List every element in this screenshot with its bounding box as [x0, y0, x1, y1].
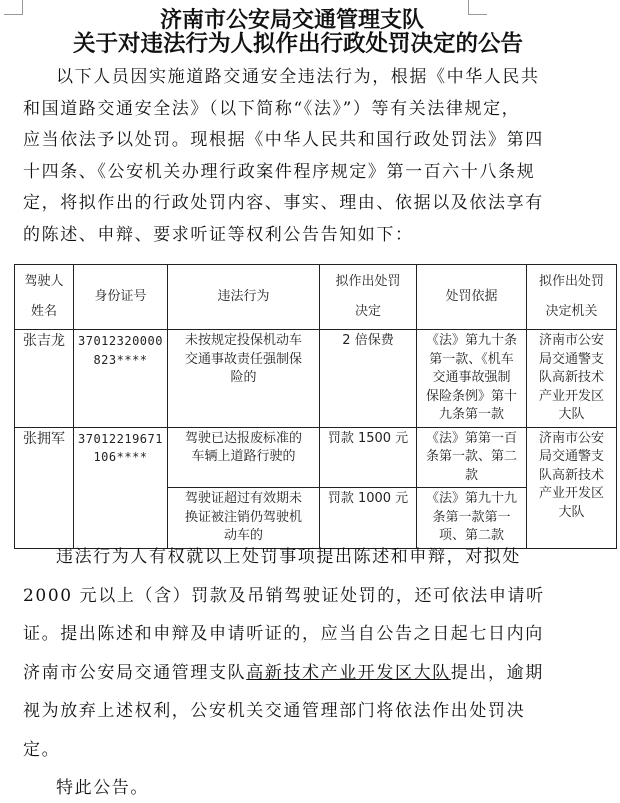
- closing-paragraph: 违法行为人有权就以上处罚事项提出陈述和申辩，对拟处 2000 元以上（含）罚款及…: [23, 538, 473, 803]
- intro-line: 定，将拟作出的行政处罚内容、事实、理由、依据以及依法享有: [23, 188, 473, 220]
- header-violation: 违法行为: [168, 265, 320, 330]
- intro-line: 以下人员因实施道路交通安全违法行为，根据《中华人民共: [23, 62, 473, 94]
- intro-line: 应当依法予以处罚。现根据《中华人民共和国行政处罚法》第四: [23, 125, 473, 157]
- closing-line: 定。: [23, 731, 473, 770]
- intro-line: 和国道路交通安全法》（以下简称“《法》”）等有关法律规定，: [23, 94, 473, 126]
- intro-line: 的陈述、申辩、要求听证等权利公告告知如下：: [23, 220, 473, 252]
- underlined-unit-name: 高新技术产业开发区大队: [246, 663, 451, 683]
- closing-line: 证。提出陈述和申辩及申请听证的，应当自公告之日起七日内向: [23, 615, 473, 654]
- header-authority: 拟作出处罚决定机关: [527, 265, 617, 330]
- header-id: 身份证号: [74, 265, 168, 330]
- title-line-1: 济南市公安局交通管理支队: [0, 8, 602, 32]
- closing-line: 2000 元以上（含）罚款及吊销驾驶证处罚的，还可依法申请听: [23, 577, 473, 616]
- cell-name: 张拥军: [15, 427, 74, 549]
- intro-paragraph: 以下人员因实施道路交通安全违法行为，根据《中华人民共 和国道路交通安全法》（以下…: [23, 62, 473, 251]
- closing-line: 视为放弃上述权利，公安机关交通管理部门将依法作出处罚决: [23, 692, 473, 731]
- closing-line: 济南市公安局交通管理支队高新技术产业开发区大队提出，逾期: [23, 654, 473, 693]
- closing-line: 违法行为人有权就以上处罚事项提出陈述和申辩，对拟处: [23, 538, 473, 577]
- penalty-table: 驾驶人姓名 身份证号 违法行为 拟作出处罚决定 处罚依据 拟作出处罚决定机关 张…: [14, 264, 617, 549]
- cell-id: 37012219671106****: [74, 427, 168, 549]
- table-row: 张拥军 37012219671106**** 驾驶已达报废标准的车辆上道路行驶的…: [15, 427, 617, 488]
- table-row: 张吉龙 37012320000823**** 未按规定投保机动车交通事故责任强制…: [15, 330, 617, 428]
- intro-line: 十四条、《公安机关办理行政案件程序规定》第一百六十八条规: [23, 157, 473, 189]
- cell-id: 37012320000823****: [74, 330, 168, 428]
- cell-violation: 驾驶已达报废标准的车辆上道路行驶的: [168, 427, 320, 488]
- cell-authority: 济南市公安局交通警支队高新技术产业开发区大队: [527, 330, 617, 428]
- cell-authority: 济南市公安局交通警支队高新技术产业开发区大队: [527, 427, 617, 549]
- table-header-row: 驾驶人姓名 身份证号 违法行为 拟作出处罚决定 处罚依据 拟作出处罚决定机关: [15, 265, 617, 330]
- cell-penalty: 罚款 1500 元: [320, 427, 417, 488]
- sign-off: 特此公告。: [23, 769, 473, 803]
- cell-violation: 未按规定投保机动车交通事故责任强制保险的: [168, 330, 320, 428]
- cell-basis: 《法》第第一百条第一款、第二款: [417, 427, 527, 488]
- header-basis: 处罚依据: [417, 265, 527, 330]
- header-name: 驾驶人姓名: [15, 265, 74, 330]
- header-penalty: 拟作出处罚决定: [320, 265, 417, 330]
- cell-name: 张吉龙: [15, 330, 74, 428]
- cell-penalty: 2 倍保费: [320, 330, 417, 428]
- cell-basis: 《法》第九十条第一款、《机车交通事故强制保险条例》第十九条第一款: [417, 330, 527, 428]
- title-line-2: 关于对违法行为人拟作出行政处罚决定的公告: [0, 32, 608, 56]
